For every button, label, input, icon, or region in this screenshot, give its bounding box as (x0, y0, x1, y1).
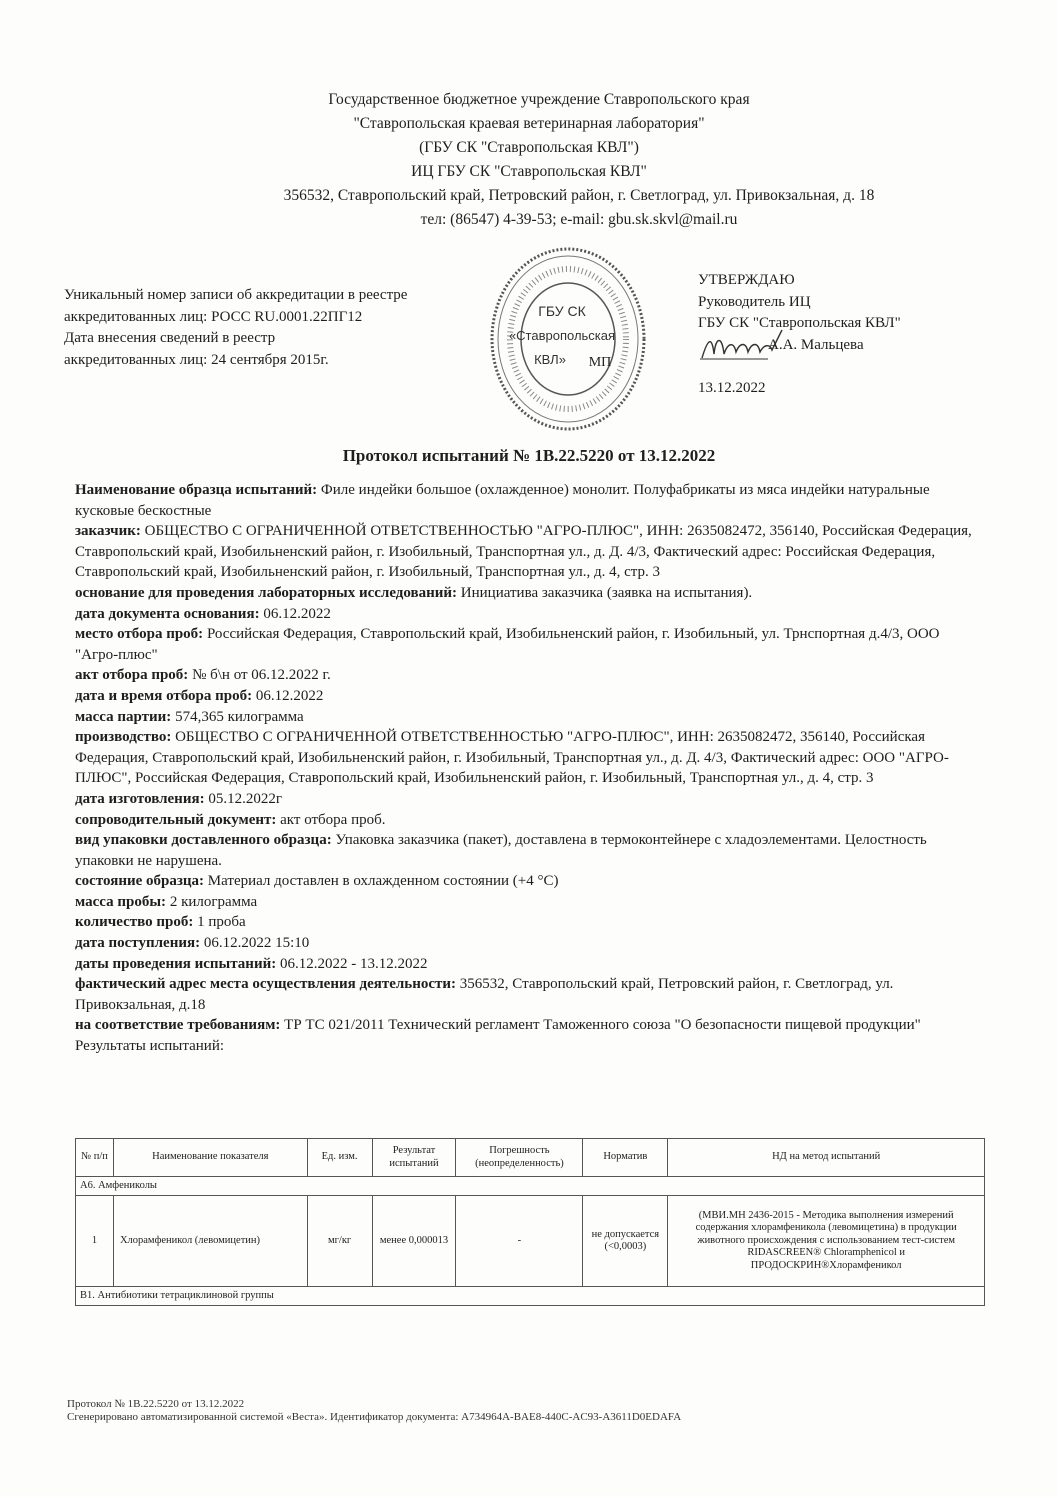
field-manufacture-date: дата изготовления: 05.12.2022г (75, 789, 975, 810)
table-group-row: А6. Амфениколы (76, 1177, 985, 1196)
approver-position: Руководитель ИЦ (698, 292, 901, 314)
svg-text:КВЛ»: КВЛ» (534, 352, 566, 367)
cell-norm: не допускается (<0,0003) (583, 1196, 668, 1287)
protocol-title: Протокол испытаний № 1В.22.5220 от 13.12… (0, 446, 1058, 466)
cell-indicator: Хлорамфеникол (левомицетин) (113, 1196, 307, 1287)
field-packaging: вид упаковки доставленного образца: Упак… (75, 830, 975, 871)
column-header-method: НД на метод испытаний (668, 1139, 985, 1177)
approval-heading: УТВЕРЖДАЮ (698, 270, 901, 292)
accreditation-info: Уникальный номер записи об аккредитации … (64, 285, 407, 371)
field-requirements: на соответствие требованиям: ТР ТС 021/2… (75, 1015, 975, 1036)
field-accompanying-doc: сопроводительный документ: акт отбора пр… (75, 810, 975, 831)
page-footer: Протокол № 1В.22.5220 от 13.12.2022 Сген… (67, 1398, 681, 1424)
organization-header: Государственное бюджетное учреждение Ста… (0, 88, 1058, 232)
cell-method: (МВИ.МН 2436-2015 - Методика выполнения … (668, 1196, 985, 1287)
column-header-result: Результат испытаний (372, 1139, 456, 1177)
results-heading: Результаты испытаний: (75, 1036, 975, 1057)
column-header-number: № п/п (76, 1139, 114, 1177)
svg-text:ГБУ СК: ГБУ СК (538, 303, 586, 319)
results-table: № п/п Наименование показателя Ед. изм. Р… (75, 1138, 985, 1306)
org-short-name: (ГБУ СК "Ставропольская КВЛ") (0, 136, 1058, 160)
org-contacts: тел: (86547) 4-39-53; e-mail: gbu.sk.skv… (0, 208, 1058, 232)
field-sample-mass: масса пробы: 2 килограмма (75, 892, 975, 913)
signature-icon (698, 328, 788, 362)
field-batch-mass: масса партии: 574,365 килограмма (75, 707, 975, 728)
field-basis: основание для проведения лабораторных ис… (75, 583, 975, 604)
footer-protocol-ref: Протокол № 1В.22.5220 от 13.12.2022 (67, 1398, 681, 1411)
approval-date: 13.12.2022 (698, 378, 901, 400)
accreditation-number: аккредитованных лиц: РОСС RU.0001.22ПГ12 (64, 307, 407, 329)
org-address: 356532, Ставропольский край, Петровский … (0, 184, 1058, 208)
table-header-row: № п/п Наименование показателя Ед. изм. Р… (76, 1139, 985, 1177)
column-header-unit: Ед. изм. (307, 1139, 372, 1177)
footer-generated-by: Сгенерировано автоматизированной системо… (67, 1411, 681, 1424)
cell-number: 1 (76, 1196, 114, 1287)
field-receipt-date: дата поступления: 06.12.2022 15:10 (75, 933, 975, 954)
field-customer: заказчик: ОБЩЕСТВО С ОГРАНИЧЕННОЙ ОТВЕТС… (75, 521, 975, 583)
group-title: А6. Амфениколы (76, 1177, 985, 1196)
field-test-dates: даты проведения испытаний: 06.12.2022 - … (75, 954, 975, 975)
column-header-norm: Норматив (583, 1139, 668, 1177)
cell-result: менее 0,000013 (372, 1196, 456, 1287)
protocol-details: Наименование образца испытаний: Филе инд… (75, 480, 975, 1057)
org-name: Государственное бюджетное учреждение Ста… (0, 88, 1058, 112)
group-title: В1. Антибиотики тетрациклиновой группы (76, 1287, 985, 1306)
field-activity-address: фактический адрес места осуществления де… (75, 974, 975, 1015)
field-producer: производство: ОБЩЕСТВО С ОГРАНИЧЕННОЙ ОТ… (75, 727, 975, 789)
cell-unit: мг/кг (307, 1196, 372, 1287)
field-sample-count: количество проб: 1 проба (75, 912, 975, 933)
svg-text:МП: МП (589, 355, 612, 370)
field-basis-date: дата документа основания: 06.12.2022 (75, 604, 975, 625)
table-group-row: В1. Антибиотики тетрациклиновой группы (76, 1287, 985, 1306)
field-sample-name: Наименование образца испытаний: Филе инд… (75, 480, 975, 521)
column-header-indicator: Наименование показателя (113, 1139, 307, 1177)
field-sampling-place: место отбора проб: Российская Федерация,… (75, 624, 975, 665)
accreditation-line: Дата внесения сведений в реестр (64, 328, 407, 350)
field-sample-condition: состояние образца: Материал доставлен в … (75, 871, 975, 892)
cell-uncertainty: - (456, 1196, 583, 1287)
field-sampling-act: акт отбора проб: № б\н от 06.12.2022 г. (75, 665, 975, 686)
svg-text:«Ставропольская: «Ставропольская (509, 328, 615, 343)
field-sampling-datetime: дата и время отбора проб: 06.12.2022 (75, 686, 975, 707)
org-full-name: "Ставропольская краевая ветеринарная лаб… (0, 112, 1058, 136)
accreditation-date: аккредитованных лиц: 24 сентября 2015г. (64, 350, 407, 372)
test-center-name: ИЦ ГБУ СК "Ставропольская КВЛ" (0, 160, 1058, 184)
table-row: 1 Хлорамфеникол (левомицетин) мг/кг мене… (76, 1196, 985, 1287)
accreditation-line: Уникальный номер записи об аккредитации … (64, 285, 407, 307)
stamp-seal-icon: ГБУ СК «Ставропольская КВЛ» МП (488, 244, 648, 434)
column-header-uncertainty: Погрешность (неопределенность) (456, 1139, 583, 1177)
